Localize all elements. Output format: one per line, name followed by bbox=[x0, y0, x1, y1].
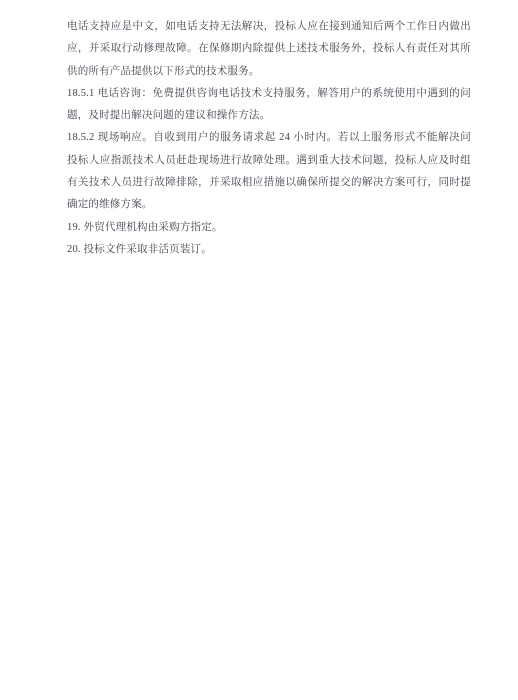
document-line: 投标人应指派技术人员赶赴现场进行故障处理。遇到重大技术问题，投标人应及时组织 bbox=[67, 150, 471, 172]
document-line: 应，并采取行动修理故障。在保修期内除提供上述技术服务外，投标人有责任对其所提 bbox=[67, 38, 471, 60]
document-line: 供的所有产品提供以下形式的技术服务。 bbox=[67, 61, 471, 83]
document-text-block: 电话支持应是中文，如电话支持无法解决，投标人应在接到通知后两个工作日内做出响 应… bbox=[67, 16, 471, 261]
document-line-clause-19: 19. 外贸代理机构由采购方指定。 bbox=[67, 217, 471, 239]
document-line-clause-20: 20. 投标文件采取非活页装订。 bbox=[67, 239, 471, 261]
document-line: 题，及时提出解决问题的建议和操作方法。 bbox=[67, 105, 471, 127]
document-line-clause-18-5-2: 18.5.2 现场响应。自收到用户的服务请求起 24 小时内。若以上服务形式不能… bbox=[67, 127, 471, 149]
document-line: 有关技术人员进行故障排除，并采取相应措施以确保所提交的解决方案可行，同时提出 bbox=[67, 172, 471, 194]
document-line: 电话支持应是中文，如电话支持无法解决，投标人应在接到通知后两个工作日内做出响 bbox=[67, 16, 471, 38]
document-page: 电话支持应是中文，如电话支持无法解决，投标人应在接到通知后两个工作日内做出响 应… bbox=[0, 0, 518, 700]
document-line: 确定的维修方案。 bbox=[67, 194, 471, 216]
document-line-clause-18-5-1: 18.5.1 电话咨询：免费提供咨询电话技术支持服务，解答用户的系统使用中遇到的… bbox=[67, 83, 471, 105]
